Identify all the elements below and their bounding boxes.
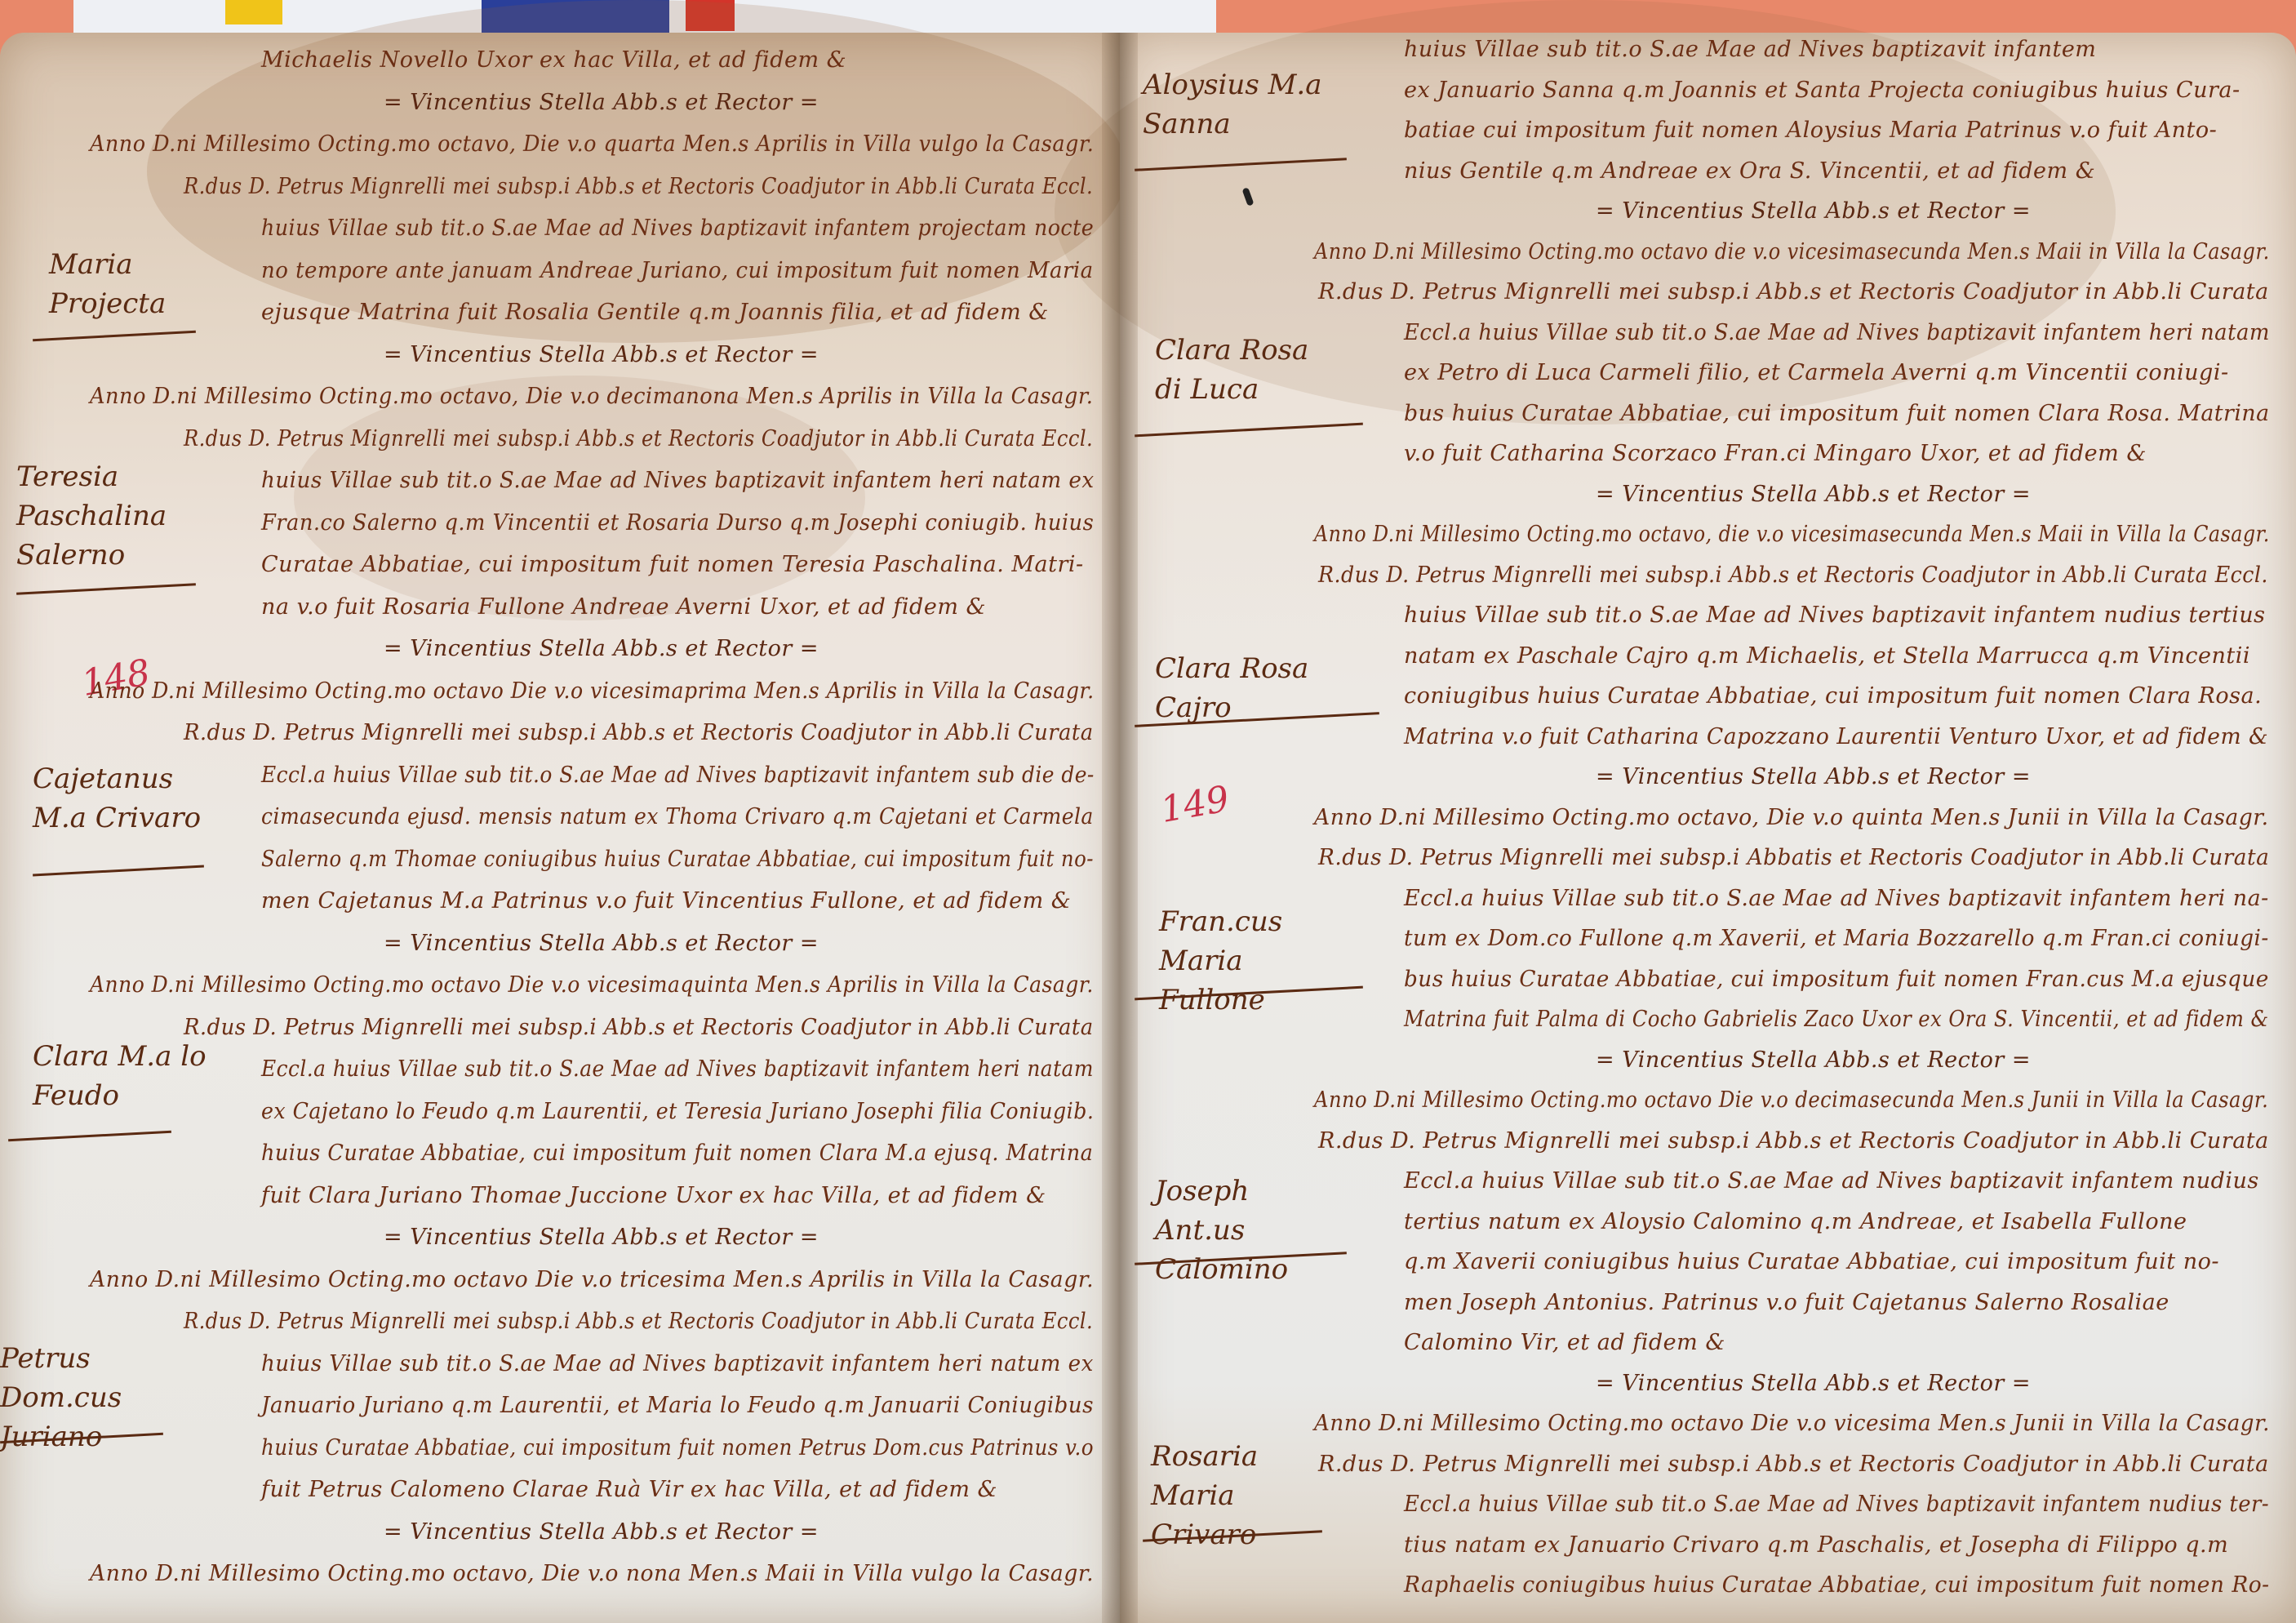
- register-line: Matrina fuit Palma di Cocho Gabrielis Za…: [1404, 1007, 2269, 1032]
- margin-name: Fran.cus Maria Fullone: [1159, 902, 1347, 1020]
- register-line: ex Cajetano lo Feudo q.m Laurentii, et T…: [261, 1099, 1094, 1124]
- register-line: Eccl.a huius Villae sub tit.o S.ae Mae a…: [261, 1056, 1094, 1082]
- register-line: Anno D.ni Millesimo Octing.mo octavo Die…: [1314, 1411, 2270, 1436]
- register-line: q.m Xaverii coniugibus huius Curatae Abb…: [1404, 1249, 2219, 1274]
- register-line: Salerno q.m Thomae coniugibus huius Cura…: [261, 847, 1094, 872]
- register-line: batiae cui impositum fuit nomen Aloysius…: [1404, 118, 2217, 143]
- register-line: nius Gentile q.m Andreae ex Ora S. Vince…: [1404, 158, 2095, 184]
- rector-signature: = Vincentius Stella Abb.s et Rector =: [1596, 764, 2031, 789]
- rector-signature: = Vincentius Stella Abb.s et Rector =: [1596, 198, 2031, 224]
- register-line: huius Villae sub tit.o S.ae Mae ad Nives…: [1404, 603, 2265, 628]
- register-line: huius Villae sub tit.o S.ae Mae ad Nives…: [261, 216, 1094, 241]
- rector-signature: = Vincentius Stella Abb.s et Rector =: [384, 1225, 819, 1250]
- register-line: R.dus D. Petrus Mignrelli mei subsp.i Ab…: [184, 1309, 1093, 1334]
- register-line: huius Curatae Abbatiae, cui impositum fu…: [261, 1435, 1094, 1461]
- register-line: R.dus D. Petrus Mignrelli mei subsp.i Ab…: [184, 174, 1093, 199]
- register-line: Raphaelis coniugibus huius Curatae Abbat…: [1404, 1572, 2270, 1598]
- rector-signature: = Vincentius Stella Abb.s et Rector =: [384, 1519, 819, 1545]
- register-line: men Cajetanus M.a Patrinus v.o fuit Vinc…: [261, 888, 1071, 914]
- margin-name: Joseph Ant.us Calomino: [1155, 1172, 1343, 1289]
- register-line: Curatae Abbatiae, cui impositum fuit nom…: [261, 552, 1084, 577]
- margin-name: Teresia Paschalina Salerno: [16, 457, 204, 575]
- register-line: ex Januario Sanna q.m Joannis et Santa P…: [1404, 78, 2240, 103]
- register-line: R.dus D. Petrus Mignrelli mei subsp.i Ab…: [1318, 1452, 2269, 1477]
- rector-signature: = Vincentius Stella Abb.s et Rector =: [384, 931, 819, 956]
- margin-name: Maria Projecta: [49, 245, 237, 323]
- register-line: Anno D.ni Millesimo Octing.mo octavo, Di…: [1314, 805, 2269, 830]
- register-line: Michaelis Novello Uxor ex hac Villa, et …: [261, 47, 846, 73]
- register-line: Eccl.a huius Villae sub tit.o S.ae Mae a…: [1404, 1492, 2269, 1517]
- register-line: Eccl.a huius Villae sub tit.o S.ae Mae a…: [1404, 886, 2269, 911]
- register-line: Anno D.ni Millesimo Octing.mo octavo Die…: [1314, 1087, 2268, 1113]
- register-line: fuit Clara Juriano Thomae Juccione Uxor …: [261, 1183, 1046, 1208]
- register-line: no tempore ante januam Andreae Juriano, …: [261, 258, 1094, 283]
- register-line: Matrina v.o fuit Catharina Capozzano Lau…: [1404, 724, 2268, 749]
- register-line: R.dus D. Petrus Mignrelli mei subsp.i Ab…: [184, 426, 1093, 451]
- register-line: bus huius Curatae Abbatiae, cui impositu…: [1404, 401, 2270, 426]
- register-line: v.o fuit Catharina Scorzaco Fran.ci Ming…: [1404, 441, 2147, 466]
- register-line: R.dus D. Petrus Mignrelli mei subsp.i Ab…: [1318, 845, 2269, 870]
- margin-name: Clara Rosa di Luca: [1155, 331, 1343, 409]
- register-line: Anno D.ni Millesimo Octing.mo octavo Die…: [90, 972, 1094, 998]
- register-line: Anno D.ni Millesimo Octing.mo octavo Die…: [90, 678, 1095, 704]
- register-line: cimasecunda ejusd. mensis natum ex Thoma…: [261, 804, 1094, 829]
- register-line: R.dus D. Petrus Mignrelli mei subsp.i Ab…: [184, 1015, 1094, 1040]
- rector-signature: = Vincentius Stella Abb.s et Rector =: [1596, 1047, 2031, 1073]
- register-line: ejusque Matrina fuit Rosalia Gentile q.m…: [261, 300, 1049, 325]
- register-line: Eccl.a huius Villae sub tit.o S.ae Mae a…: [1404, 1168, 2259, 1194]
- register-line: tertius natum ex Aloysio Calomino q.m An…: [1404, 1209, 2187, 1234]
- register-line: Anno D.ni Millesimo Octing.mo octavo, di…: [1314, 522, 2270, 547]
- register-line: R.dus D. Petrus Mignrelli mei subsp.i Ab…: [1318, 279, 2269, 305]
- margin-name: Clara M.a lo Feudo: [33, 1037, 220, 1115]
- register-line: Fran.co Salerno q.m Vincentii et Rosaria…: [261, 510, 1094, 536]
- rector-signature: = Vincentius Stella Abb.s et Rector =: [1596, 482, 2031, 507]
- register-line: Anno D.ni Millesimo Octing.mo octavo Die…: [90, 1267, 1094, 1292]
- register-line: ex Petro di Luca Carmeli filio, et Carme…: [1404, 360, 2229, 385]
- register-line: bus huius Curatae Abbatiae, cui impositu…: [1404, 967, 2269, 992]
- register-line: na v.o fuit Rosaria Fullone Andreae Aver…: [261, 594, 986, 620]
- register-line: Januario Juriano q.m Laurentii, et Maria…: [261, 1393, 1094, 1418]
- register-line: fuit Petrus Calomeno Clarae Ruà Vir ex h…: [261, 1477, 997, 1502]
- register-line: Anno D.ni Millesimo Octing.mo octavo, Di…: [90, 384, 1093, 409]
- register-line: R.dus D. Petrus Mignrelli mei subsp.i Ab…: [184, 720, 1094, 745]
- register-line: men Joseph Antonius. Patrinus v.o fuit C…: [1404, 1290, 2169, 1315]
- book-gutter: [1102, 33, 1138, 1623]
- register-line: huius Curatae Abbatiae, cui impositum fu…: [261, 1141, 1093, 1166]
- register-line: Anno D.ni Millesimo Octing.mo octavo, Di…: [90, 131, 1094, 157]
- register-line: Anno D.ni Millesimo Octing.mo octavo die…: [1314, 239, 2270, 265]
- rector-signature: = Vincentius Stella Abb.s et Rector =: [384, 636, 819, 661]
- register-line: huius Villae sub tit.o S.ae Mae ad Nives…: [1404, 37, 2096, 62]
- register-line: natam ex Paschale Cajro q.m Michaelis, e…: [1404, 643, 2250, 669]
- margin-name: Aloysius M.a Sanna: [1143, 65, 1330, 144]
- register-line: huius Villae sub tit.o S.ae Mae ad Nives…: [261, 468, 1095, 493]
- register-line: tius natam ex Januario Crivaro q.m Pasch…: [1404, 1532, 2228, 1558]
- rector-signature: = Vincentius Stella Abb.s et Rector =: [1596, 1371, 2031, 1396]
- register-line: R.dus D. Petrus Mignrelli mei subsp.i Ab…: [1318, 1128, 2269, 1154]
- register-line: Eccl.a huius Villae sub tit.o S.ae Mae a…: [1404, 320, 2270, 345]
- register-line: coniugibus huius Curatae Abbatiae, cui i…: [1404, 683, 2262, 709]
- register-line: huius Villae sub tit.o S.ae Mae ad Nives…: [261, 1351, 1094, 1376]
- register-line: Calomino Vir, et ad fidem &: [1404, 1330, 1725, 1355]
- margin-name: Cajetanus M.a Crivaro: [33, 759, 220, 838]
- register-line: Eccl.a huius Villae sub tit.o S.ae Mae a…: [261, 763, 1095, 788]
- register-line: Anno D.ni Millesimo Octing.mo octavo, Di…: [90, 1561, 1094, 1586]
- rector-signature: = Vincentius Stella Abb.s et Rector =: [384, 90, 819, 115]
- water-stain: [294, 376, 865, 620]
- yellow-tab: [225, 0, 282, 24]
- register-line: tum ex Dom.co Fullone q.m Xaverii, et Ma…: [1404, 926, 2269, 951]
- register-line: R.dus D. Petrus Mignrelli mei subsp.i Ab…: [1318, 562, 2268, 588]
- rector-signature: = Vincentius Stella Abb.s et Rector =: [384, 342, 819, 367]
